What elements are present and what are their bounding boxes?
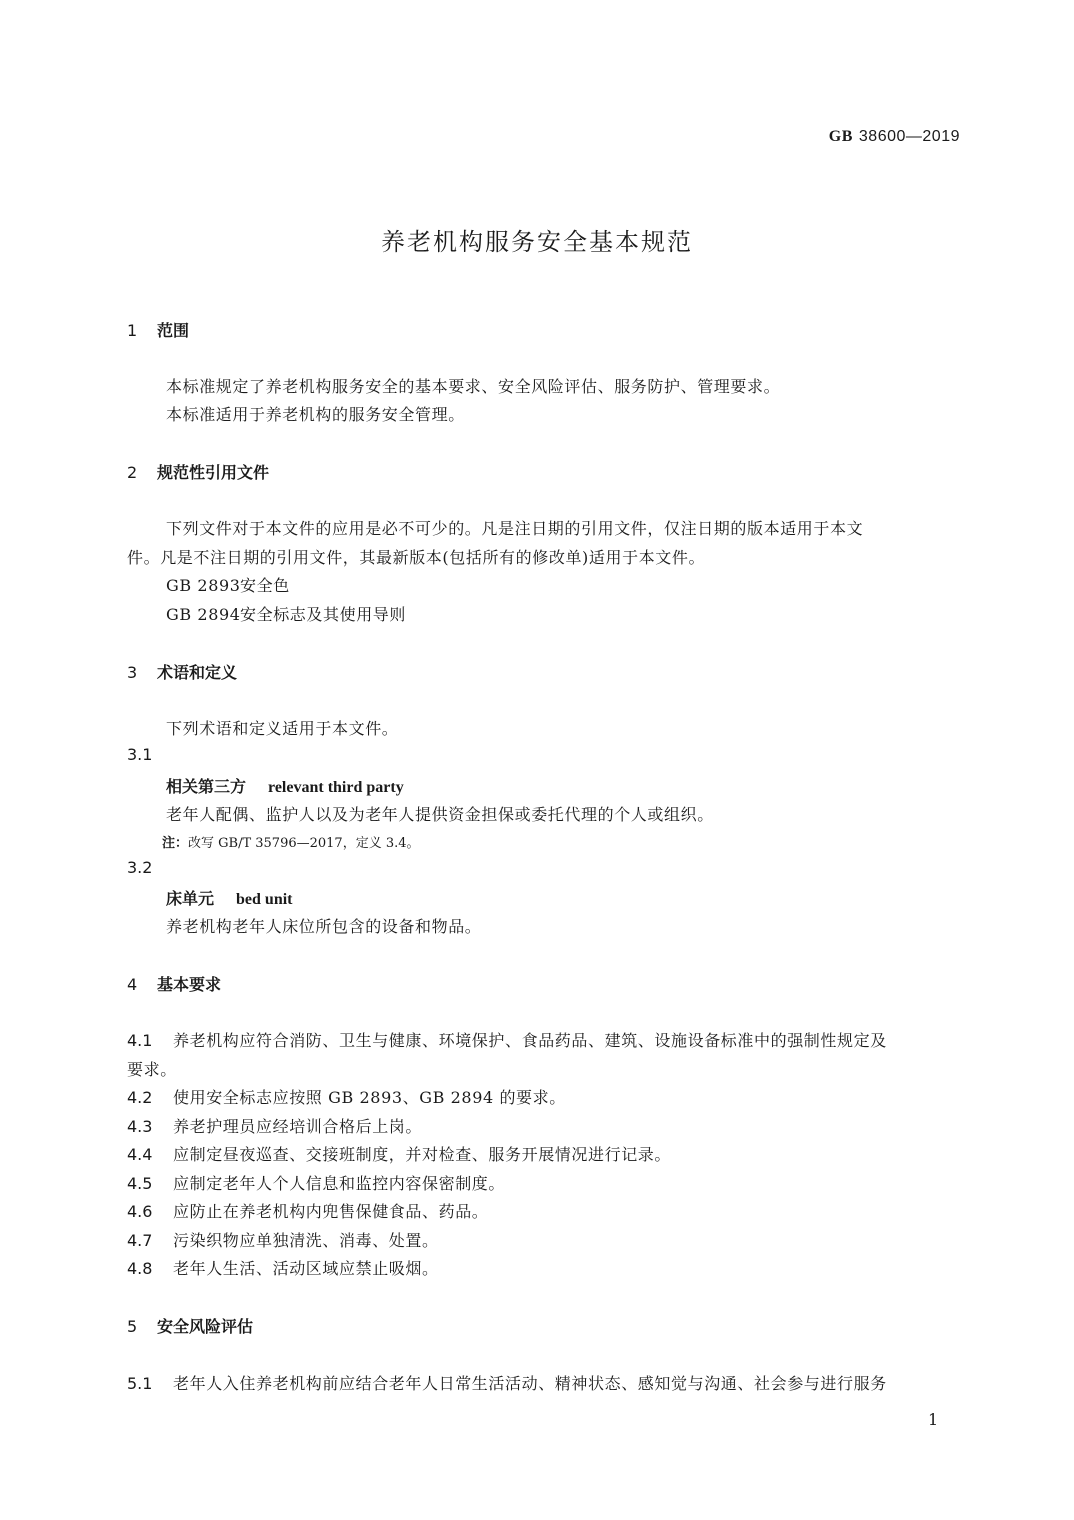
clause-4-8: 4.8老年人生活、活动区域应禁止吸烟。 bbox=[127, 1256, 439, 1279]
clause-4-2: 4.2使用安全标志应按照 GB 2893、GB 2894 的要求。 bbox=[127, 1085, 566, 1108]
page-number: 1 bbox=[928, 1410, 938, 1429]
standard-code: 38600—2019 bbox=[859, 128, 960, 145]
section-heading-5: 5安全风险评估 bbox=[127, 1314, 253, 1337]
term-definition: 养老机构老年人床位所包含的设备和物品。 bbox=[166, 914, 481, 937]
clause-4-5: 4.5应制定老年人个人信息和监控内容保密制度。 bbox=[127, 1171, 505, 1194]
section-heading-3: 3术语和定义 bbox=[127, 660, 237, 683]
term-heading: 床单元bed unit bbox=[166, 886, 292, 909]
document-title: 养老机构服务安全基本规范 bbox=[0, 222, 1074, 257]
note-text: 改写 GB/T 35796—2017，定义 3.4。 bbox=[188, 836, 420, 851]
reference-code: GB 2894 bbox=[166, 605, 240, 624]
standard-number: GB38600—2019 bbox=[829, 128, 960, 146]
term-en: relevant third party bbox=[268, 779, 404, 796]
clause-4-6: 4.6应防止在养老机构内兜售保健食品、药品。 bbox=[127, 1199, 488, 1222]
term-number: 3.2 bbox=[127, 858, 152, 877]
paragraph: 本标准规定了养老机构服务安全的基本要求、安全风险评估、服务防护、管理要求。 bbox=[166, 374, 780, 397]
reference-title: 安全色 bbox=[240, 576, 290, 595]
clause-4-3: 4.3养老护理员应经培训合格后上岗。 bbox=[127, 1114, 422, 1137]
term-en: bed unit bbox=[236, 891, 292, 908]
paragraph-line: 件。凡是不注日期的引用文件，其最新版本(包括所有的修改单)适用于本文件。 bbox=[127, 545, 705, 568]
section-heading-2: 2规范性引用文件 bbox=[127, 460, 269, 483]
term-note: 注：改写 GB/T 35796—2017，定义 3.4。 bbox=[162, 832, 420, 851]
paragraph: 下列术语和定义适用于本文件。 bbox=[166, 716, 398, 739]
clause-4-7: 4.7污染织物应单独清洗、消毒、处置。 bbox=[127, 1228, 439, 1251]
clause-4-1: 4.1养老机构应符合消防、卫生与健康、环境保护、食品药品、建筑、设施设备标准中的… bbox=[127, 1028, 887, 1051]
standard-prefix: GB bbox=[829, 128, 853, 145]
clause-5-1: 5.1老年人入住养老机构前应结合老年人日常生活活动、精神状态、感知觉与沟通、社会… bbox=[127, 1371, 887, 1394]
term-zh: 相关第三方 bbox=[166, 777, 246, 796]
note-label: 注： bbox=[162, 836, 188, 851]
reference-code: GB 2893 bbox=[166, 576, 240, 595]
term-heading: 相关第三方relevant third party bbox=[166, 774, 404, 797]
clause-continuation: 要求。 bbox=[127, 1057, 177, 1080]
reference-item: GB 2894安全标志及其使用导则 bbox=[166, 602, 406, 625]
section-heading-1: 1范围 bbox=[127, 318, 189, 341]
paragraph-line: 下列文件对于本文件的应用是必不可少的。凡是注日期的引用文件，仅注日期的版本适用于… bbox=[166, 516, 863, 539]
term-definition: 老年人配偶、监护人以及为老年人提供资金担保或委托代理的个人或组织。 bbox=[166, 802, 714, 825]
section-heading-4: 4基本要求 bbox=[127, 972, 221, 995]
clause-4-4: 4.4应制定昼夜巡查、交接班制度，并对检查、服务开展情况进行记录。 bbox=[127, 1142, 671, 1165]
term-number: 3.1 bbox=[127, 745, 152, 764]
reference-item: GB 2893安全色 bbox=[166, 573, 290, 596]
reference-title: 安全标志及其使用导则 bbox=[240, 605, 406, 624]
term-zh: 床单元 bbox=[166, 889, 214, 908]
paragraph: 本标准适用于养老机构的服务安全管理。 bbox=[166, 402, 465, 425]
